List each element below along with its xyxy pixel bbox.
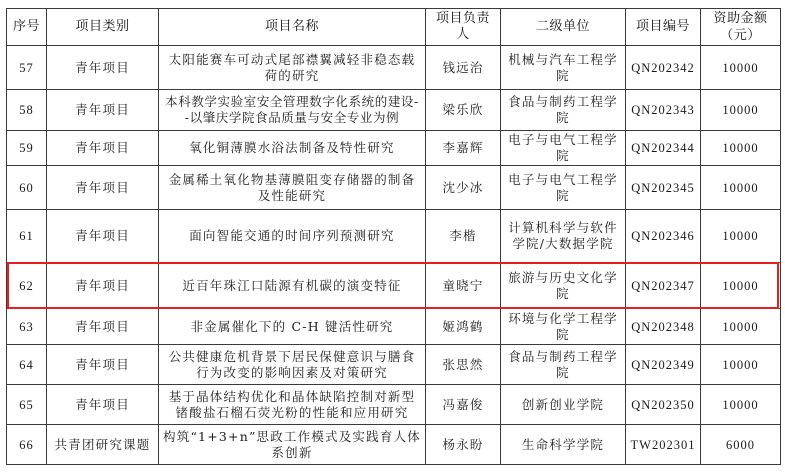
cell-code: QN202344 (626, 131, 701, 166)
cell-name: 基于晶体结构优化和晶体缺陷控制对新型锗酸盐石榴石荧光粉的性能和应用研究 (159, 385, 426, 425)
table-row: 57 青年项目 太阳能赛车可动式尾部襟翼减轻非稳态载荷的研究 钱远治 机械与汽车… (7, 46, 781, 90)
header-code: 项目编号 (626, 9, 701, 46)
header-leader: 项目负责人 (426, 9, 501, 46)
cell-index: 62 (7, 263, 47, 309)
cell-amount: 10000 (701, 210, 781, 263)
cell-category: 青年项目 (47, 263, 159, 309)
cell-unit: 食品与制药工程学院 (501, 90, 626, 131)
header-name: 项目名称 (159, 9, 426, 46)
cell-code: QN202342 (626, 46, 701, 90)
funded-projects-table: 序号 项目类别 项目名称 项目负责人 二级单位 项目编号 资助金额（元） 57 … (6, 8, 781, 465)
cell-category: 青年项目 (47, 166, 159, 210)
project-table-container: 序号 项目类别 项目名称 项目负责人 二级单位 项目编号 资助金额（元） 57 … (6, 8, 781, 465)
cell-name: 近百年珠江口陆源有机碳的演变特征 (159, 263, 426, 309)
cell-category: 青年项目 (47, 46, 159, 90)
header-category: 项目类别 (47, 9, 159, 46)
cell-amount: 10000 (701, 166, 781, 210)
cell-code: QN202348 (626, 309, 701, 345)
cell-code: QN202346 (626, 210, 701, 263)
cell-leader: 沈少冰 (426, 166, 501, 210)
cell-unit: 电子与电气工程学院 (501, 131, 626, 166)
header-unit: 二级单位 (501, 9, 626, 46)
cell-leader: 冯嘉俊 (426, 385, 501, 425)
cell-amount: 6000 (701, 425, 781, 465)
cell-category: 青年项目 (47, 210, 159, 263)
cell-unit: 计算机科学与软件学院/大数据学院 (501, 210, 626, 263)
table-row: 61 青年项目 面向智能交通的时间序列预测研究 李楷 计算机科学与软件学院/大数… (7, 210, 781, 263)
table-row: 64 青年项目 公共健康危机背景下居民保健意识与膳食行为改变的影响因素及对策研究… (7, 345, 781, 385)
cell-category: 青年项目 (47, 90, 159, 131)
cell-code: QN202347 (626, 263, 701, 309)
cell-amount: 10000 (701, 131, 781, 166)
cell-code: QN202350 (626, 385, 701, 425)
cell-code: TW202301 (626, 425, 701, 465)
table-row: 63 青年项目 非金属催化下的 C-H 键活性研究 姬鸿鹤 环境与化学工程学院 … (7, 309, 781, 345)
cell-amount: 10000 (701, 345, 781, 385)
cell-leader: 姬鸿鹤 (426, 309, 501, 345)
cell-index: 60 (7, 166, 47, 210)
cell-unit: 机械与汽车工程学院 (501, 46, 626, 90)
cell-index: 63 (7, 309, 47, 345)
cell-leader: 张思然 (426, 345, 501, 385)
cell-code: QN202343 (626, 90, 701, 131)
cell-category: 青年项目 (47, 385, 159, 425)
cell-amount: 10000 (701, 309, 781, 345)
cell-name: 本科教学实验室安全管理数字化系统的建设--以肇庆学院食品质量与安全专业为例 (159, 90, 426, 131)
header-amount: 资助金额（元） (701, 9, 781, 46)
cell-name: 公共健康危机背景下居民保健意识与膳食行为改变的影响因素及对策研究 (159, 345, 426, 385)
cell-unit: 旅游与历史文化学院 (501, 263, 626, 309)
cell-leader: 钱远治 (426, 46, 501, 90)
cell-unit: 电子与电气工程学院 (501, 166, 626, 210)
cell-unit: 食品与制药工程学院 (501, 345, 626, 385)
cell-code: QN202349 (626, 345, 701, 385)
cell-unit: 生命科学学院 (501, 425, 626, 465)
cell-name: 构筑“1+3+n”思政工作模式及实践育人体系创新 (159, 425, 426, 465)
cell-name: 太阳能赛车可动式尾部襟翼减轻非稳态载荷的研究 (159, 46, 426, 90)
cell-amount: 10000 (701, 90, 781, 131)
cell-leader: 李楷 (426, 210, 501, 263)
cell-category: 共青团研究课题 (47, 425, 159, 465)
header-index: 序号 (7, 9, 47, 46)
cell-code: QN202345 (626, 166, 701, 210)
cell-category: 青年项目 (47, 309, 159, 345)
cell-index: 57 (7, 46, 47, 90)
table-header-row: 序号 项目类别 项目名称 项目负责人 二级单位 项目编号 资助金额（元） (7, 9, 781, 46)
cell-name: 非金属催化下的 C-H 键活性研究 (159, 309, 426, 345)
cell-category: 青年项目 (47, 131, 159, 166)
cell-index: 64 (7, 345, 47, 385)
cell-leader: 杨永盼 (426, 425, 501, 465)
cell-name: 金属稀土氧化物基薄膜阻变存储器的制备及性能研究 (159, 166, 426, 210)
cell-amount: 10000 (701, 263, 781, 309)
cell-index: 61 (7, 210, 47, 263)
cell-index: 65 (7, 385, 47, 425)
cell-unit: 创新创业学院 (501, 385, 626, 425)
table-row: 65 青年项目 基于晶体结构优化和晶体缺陷控制对新型锗酸盐石榴石荧光粉的性能和应… (7, 385, 781, 425)
cell-unit: 环境与化学工程学院 (501, 309, 626, 345)
table-row: 58 青年项目 本科教学实验室安全管理数字化系统的建设--以肇庆学院食品质量与安… (7, 90, 781, 131)
cell-leader: 梁乐欣 (426, 90, 501, 131)
cell-index: 66 (7, 425, 47, 465)
table-row: 60 青年项目 金属稀土氧化物基薄膜阻变存储器的制备及性能研究 沈少冰 电子与电… (7, 166, 781, 210)
table-row-highlighted: 62 青年项目 近百年珠江口陆源有机碳的演变特征 童晓宁 旅游与历史文化学院 Q… (7, 263, 781, 309)
cell-index: 59 (7, 131, 47, 166)
cell-name: 氧化铜薄膜水浴法制备及特性研究 (159, 131, 426, 166)
table-row: 66 共青团研究课题 构筑“1+3+n”思政工作模式及实践育人体系创新 杨永盼 … (7, 425, 781, 465)
table-row: 59 青年项目 氧化铜薄膜水浴法制备及特性研究 李嘉辉 电子与电气工程学院 QN… (7, 131, 781, 166)
cell-amount: 10000 (701, 46, 781, 90)
cell-name: 面向智能交通的时间序列预测研究 (159, 210, 426, 263)
cell-index: 58 (7, 90, 47, 131)
cell-leader: 童晓宁 (426, 263, 501, 309)
cell-leader: 李嘉辉 (426, 131, 501, 166)
cell-amount: 10000 (701, 385, 781, 425)
cell-category: 青年项目 (47, 345, 159, 385)
